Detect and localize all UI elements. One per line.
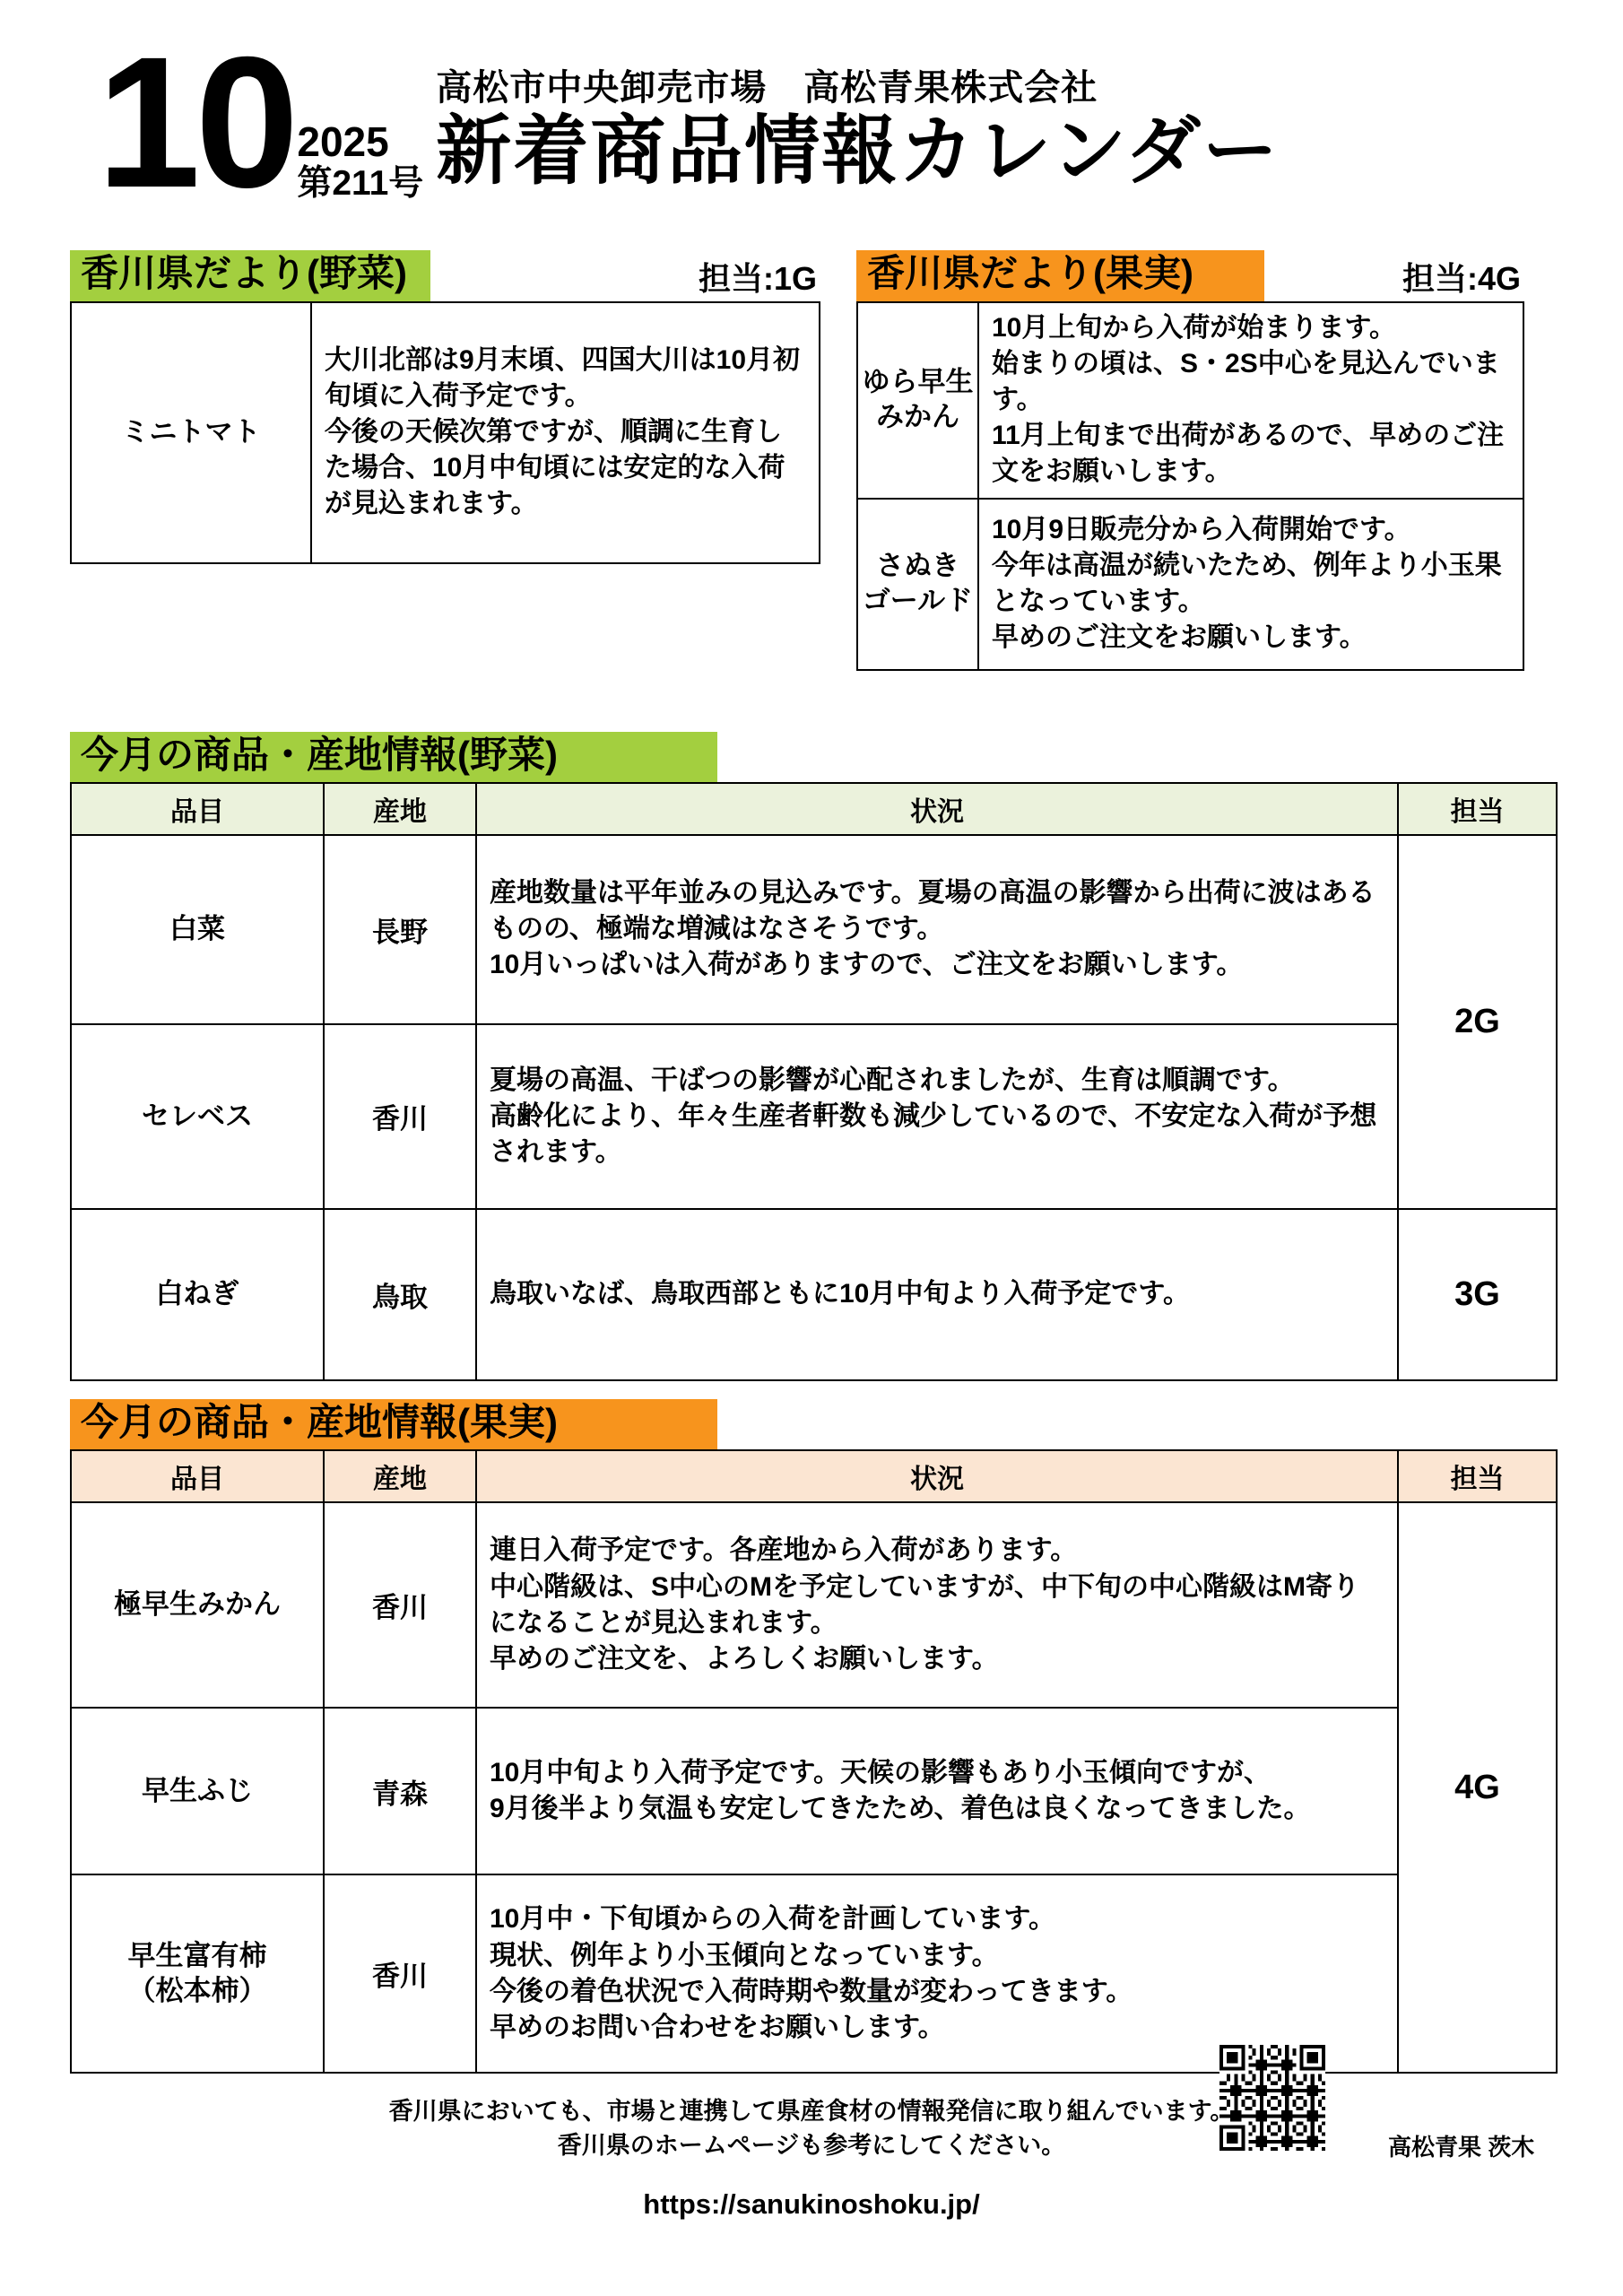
table-row: 極早生みかん 香川 連日入荷予定です。各産地から入荷があります。 中心階級は、S… xyxy=(71,1502,1557,1708)
item-name: 早生富有柿 （松本柿） xyxy=(71,1874,324,2073)
table-header-row: 品目 産地 状況 担当 xyxy=(71,1450,1557,1502)
dayori-vegetable-title: 香川県だより(野菜) xyxy=(70,250,430,300)
footer-line-1: 香川県においても、市場と連携して県産食材の情報発信に取り組んでいます。 xyxy=(0,2095,1623,2129)
column-header-tanto: 担当 xyxy=(1398,1450,1557,1502)
table-row: ミニトマト 大川北部は9月末頃、四国大川は10月初旬頃に入荷予定です。 今後の天… xyxy=(71,302,820,563)
item-name: 早生ふじ xyxy=(71,1708,324,1874)
monthly-vegetable-section: 今月の商品・産地情報(野菜) 品目 産地 状況 担当 白菜 長野 産地数量は平年… xyxy=(70,732,1558,1381)
page-title: 新着商品情報カレンダー xyxy=(436,110,1280,192)
qr-code xyxy=(1219,2045,1325,2151)
monthly-fruit-table: 品目 産地 状況 担当 極早生みかん 香川 連日入荷予定です。各産地から入荷があ… xyxy=(70,1449,1558,2074)
item-origin: 香川 xyxy=(324,1874,476,2073)
monthly-vegetable-table: 品目 産地 状況 担当 白菜 長野 産地数量は平年並みの見込みです。夏場の高温の… xyxy=(70,782,1558,1381)
table-row: 早生ふじ 青森 10月中旬より入荷予定です。天候の影響もあり小玉傾向ですが、 9… xyxy=(71,1708,1557,1874)
dayori-fruit-header: 香川県だより(果実) 担当:4G xyxy=(856,250,1524,300)
month-number: 10 xyxy=(97,38,293,209)
item-name: 極早生みかん xyxy=(71,1502,324,1708)
table-row: 白ねぎ 鳥取 鳥取いなば、鳥取西部ともに10月中旬より入荷予定です。 3G xyxy=(71,1209,1557,1380)
column-header-status: 状況 xyxy=(476,783,1398,835)
item-status: 連日入荷予定です。各産地から入荷があります。 中心階級は、S中心のMを予定してい… xyxy=(476,1502,1398,1708)
title-block: 高松市中央卸売市場 高松青果株式会社 新着商品情報カレンダー xyxy=(436,38,1280,192)
item-status: 鳥取いなば、鳥取西部ともに10月中旬より入荷予定です。 xyxy=(476,1209,1398,1380)
dayori-vegetable-tanto: 担当:1G xyxy=(699,254,820,301)
item-name: セレベス xyxy=(71,1024,324,1209)
item-status: 大川北部は9月末頃、四国大川は10月初旬頃に入荷予定です。 今後の天候次第ですが… xyxy=(311,302,820,563)
organization-line: 高松市中央卸売市場 高松青果株式会社 xyxy=(436,59,1280,110)
table-row: 早生富有柿 （松本柿） 香川 10月中・下旬頃からの入荷を計画しています。 現状… xyxy=(71,1874,1557,2073)
column-header-status: 状況 xyxy=(476,1450,1398,1502)
issue-number: 第211号 xyxy=(297,164,423,204)
item-status: 10月9日販売分から入荷開始です。 今年は高温が続いたため、例年より小玉果となっ… xyxy=(978,499,1523,670)
table-row: セレベス 香川 夏場の高温、干ばつの影響が心配されましたが、生育は順調です。 高… xyxy=(71,1024,1557,1209)
item-status: 産地数量は平年並みの見込みです。夏場の高温の影響から出荷に波はあるものの、極端な… xyxy=(476,835,1398,1024)
dayori-fruit-section: 香川県だより(果実) 担当:4G ゆら早生 みかん 10月上旬から入荷が始まりま… xyxy=(856,250,1524,670)
table-row: さぬき ゴールド 10月9日販売分から入荷開始です。 今年は高温が続いたため、例… xyxy=(857,499,1523,670)
column-header-origin: 産地 xyxy=(324,783,476,835)
tanto-group: 3G xyxy=(1398,1209,1557,1380)
item-name: ミニトマト xyxy=(71,302,311,563)
tanto-group: 2G xyxy=(1398,835,1557,1209)
dayori-fruit-tanto: 担当:4G xyxy=(1402,254,1524,301)
footer-url-link[interactable]: https://sanukinoshoku.jp/ xyxy=(643,2188,979,2221)
item-name: さぬき ゴールド xyxy=(857,499,978,670)
tanto-group: 4G xyxy=(1398,1502,1557,2073)
item-name: 白ねぎ xyxy=(71,1209,324,1380)
item-status: 10月中旬より入荷予定です。天候の影響もあり小玉傾向ですが、 9月後半より気温も… xyxy=(476,1708,1398,1874)
item-name: ゆら早生 みかん xyxy=(857,302,978,499)
monthly-fruit-section: 今月の商品・産地情報(果実) 品目 産地 状況 担当 極早生みかん 香川 連日入… xyxy=(70,1399,1558,2074)
item-origin: 香川 xyxy=(324,1502,476,1708)
item-origin: 青森 xyxy=(324,1708,476,1874)
item-origin: 鳥取 xyxy=(324,1209,476,1380)
item-name: 白菜 xyxy=(71,835,324,1024)
item-origin: 長野 xyxy=(324,835,476,1024)
item-status: 夏場の高温、干ばつの影響が心配されましたが、生育は順調です。 高齢化により、年々… xyxy=(476,1024,1398,1209)
column-header-item: 品目 xyxy=(71,783,324,835)
dayori-sections: 香川県だより(野菜) 担当:1G ミニトマト 大川北部は9月末頃、四国大川は10… xyxy=(70,250,1623,670)
dayori-vegetable-header: 香川県だより(野菜) 担当:1G xyxy=(70,250,820,300)
year-issue-block: 2025 第211号 xyxy=(297,120,423,204)
footer-line-2: 香川県のホームページも参考にしてください。 xyxy=(0,2129,1623,2163)
monthly-fruit-title: 今月の商品・産地情報(果実) xyxy=(70,1399,717,1449)
newsletter-page: 10 2025 第211号 高松市中央卸売市場 高松青果株式会社 新着商品情報カ… xyxy=(0,0,1623,2296)
table-row: 白菜 長野 産地数量は平年並みの見込みです。夏場の高温の影響から出荷に波はあるも… xyxy=(71,835,1557,1024)
dayori-fruit-title: 香川県だより(果実) xyxy=(856,250,1264,300)
item-origin: 香川 xyxy=(324,1024,476,1209)
table-header-row: 品目 産地 状況 担当 xyxy=(71,783,1557,835)
column-header-tanto: 担当 xyxy=(1398,783,1557,835)
page-header: 10 2025 第211号 高松市中央卸売市場 高松青果株式会社 新着商品情報カ… xyxy=(0,0,1623,209)
item-status: 10月中・下旬頃からの入荷を計画しています。 現状、例年より小玉傾向となっていま… xyxy=(476,1874,1398,2073)
item-status: 10月上旬から入荷が始まります。 始まりの頃は、S・2S中心を見込んでいます。 … xyxy=(978,302,1523,499)
page-footer: 香川県においても、市場と連携して県産食材の情報発信に取り組んでいます。 香川県の… xyxy=(0,2095,1623,2221)
monthly-vegetable-title: 今月の商品・産地情報(野菜) xyxy=(70,732,717,782)
credit-text: 高松青果 茨木 xyxy=(1388,2129,1534,2162)
dayori-fruit-table: ゆら早生 みかん 10月上旬から入荷が始まります。 始まりの頃は、S・2S中心を… xyxy=(856,301,1524,671)
dayori-vegetable-table: ミニトマト 大川北部は9月末頃、四国大川は10月初旬頃に入荷予定です。 今後の天… xyxy=(70,301,820,564)
column-header-item: 品目 xyxy=(71,1450,324,1502)
dayori-vegetable-section: 香川県だより(野菜) 担当:1G ミニトマト 大川北部は9月末頃、四国大川は10… xyxy=(70,250,820,670)
year-label: 2025 xyxy=(297,120,423,163)
column-header-origin: 産地 xyxy=(324,1450,476,1502)
table-row: ゆら早生 みかん 10月上旬から入荷が始まります。 始まりの頃は、S・2S中心を… xyxy=(857,302,1523,499)
